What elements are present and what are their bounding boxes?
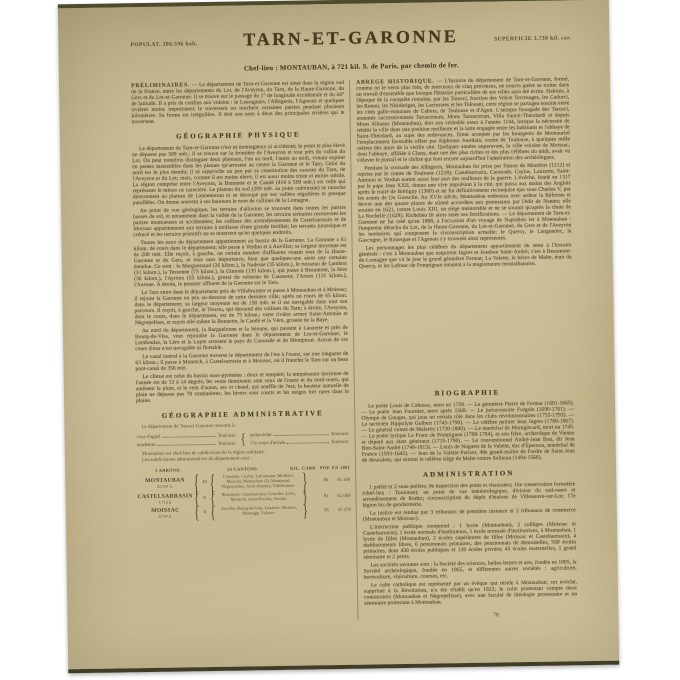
paragraph: Toutes les eaux du département appartien… [133, 237, 347, 288]
paragraph: Au point de vue géologique, les terrains… [133, 205, 346, 238]
geographie-physique-heading: GÉOGRAPHIE PHYSIQUE [132, 130, 345, 141]
dotted-leader [287, 438, 329, 444]
paragraph: Le culte catholique est représenté par u… [364, 579, 577, 606]
communes-list: Beaumont, Castelsarrasin, Grisolles, Lav… [216, 492, 301, 503]
two-column-body: PRÉLIMINAIRES. — Le département de Tarn-… [131, 76, 580, 624]
historique-paragraph: ABRÉGÉ HISTORIQUE. — L'histoire du dépar… [356, 76, 570, 163]
brace-glyph: } [302, 502, 308, 520]
jurisdiction-col: archevêchéToulouse. 17e corps d'arméeTou… [250, 430, 350, 448]
paragraph: La justice est rendue par 3 tribunaux de… [363, 507, 576, 522]
communes-list: Auvillar, Bourg-de-Visa, Lauzerte, Moiss… [217, 506, 302, 517]
table-row: CASTELSARRASIN7.714 h. { 8 { Beaumont, C… [137, 490, 350, 505]
col-pop: POP. EN 1891 [320, 465, 350, 470]
subdivisions-table: 3 ARROND. 24 CANTONS KIL. CARR. POP. EN … [137, 465, 351, 519]
paragraph: Le climat est celui du bassin sous-pyrén… [136, 371, 349, 404]
page-number: 78 [364, 611, 577, 620]
left-column: PRÉLIMINAIRES. — Le département de Tarn-… [131, 80, 352, 624]
pop-value: 95.169 [328, 478, 350, 483]
biographie-heading: BIOGRAPHIE [361, 387, 574, 398]
jurisdiction-value: Toulouse. [331, 440, 350, 446]
arrondissement-name: MOISSAC8.767 h. [138, 507, 193, 519]
brace-glyph: { [194, 503, 200, 521]
paragraph: Les personnages les plus célèbres du dép… [359, 242, 572, 269]
col-kil-pop: KIL. CARR. POP. EN 1891 [285, 465, 350, 471]
brace-glyph: { [210, 503, 216, 521]
paragraph: Le département de Tarn-et-Garonne n'est … [132, 143, 346, 206]
chef-lieu-line: Chef-lieu : MONTAUBAN, à 721 kil. S. de … [131, 60, 572, 74]
paragraph: Les sociétés savantes sont : la Société … [364, 559, 577, 580]
abrege-historique-block: ABRÉGÉ HISTORIQUE. — L'histoire du dépar… [356, 76, 574, 382]
jurisdiction-grid: cour d'appelToulouse. académieToulouse. … [137, 430, 350, 449]
biographie-text: Le poète Louis de Cahusac, mort en 1759.… [361, 400, 575, 463]
jurisdiction-label: 17e corps d'armée [250, 441, 285, 448]
paragraph: Au nord du département, la Barguelonne e… [135, 325, 348, 352]
arrondissement-pop: 25.591 h. [137, 484, 192, 490]
canton-count: 6 [201, 510, 209, 515]
table-row: MOISSAC8.767 h. { 6 { Auvillar, Bourg-de… [138, 504, 351, 519]
superficie-label: SUPERFICIE 3.730 kil. car. [494, 35, 571, 42]
preliminaires-paragraph: PRÉLIMINAIRES. — Le département de Tarn-… [131, 80, 345, 125]
jurisdiction-label: archevêché [250, 433, 272, 439]
communes-list: Caussade, Caylus, Lafrançaise, Molières,… [216, 474, 301, 490]
paragraph: Pendant la croisade des Albigeois, Monta… [357, 162, 571, 243]
page-header: POPULAT. 206.596 hab. TARN-ET-GARONNE SU… [130, 22, 571, 63]
col-arrond: 3 ARROND. [137, 468, 199, 474]
right-column: ABRÉGÉ HISTORIQUE. — L'histoire du dépar… [349, 76, 577, 620]
jurisdiction-col: cour d'appelToulouse. académieToulouse. [137, 431, 237, 449]
dotted-leader [274, 430, 329, 436]
geographie-administrative-heading: GÉOGRAPHIE ADMINISTRATIVE [136, 409, 349, 420]
kil-value: 81 [312, 494, 329, 499]
scanned-page: POPULAT. 206.596 hab. TARN-ET-GARONNE SU… [58, 0, 619, 673]
jurisdiction-value: Toulouse. [218, 433, 237, 439]
paragraph: Le Tarn entre dans le département près d… [134, 287, 348, 326]
arrondissement-name: CASTELSARRASIN7.714 h. [137, 493, 192, 505]
dotted-leader [157, 440, 216, 446]
paragraph: 1 préfet et 2 sous-préfets; 9e inspectio… [362, 481, 575, 508]
jurisdiction-value: Toulouse. [331, 432, 350, 438]
table-header: 3 ARROND. 24 CANTONS KIL. CARR. POP. EN … [137, 465, 350, 473]
arrondissement-pop: 8.767 h. [138, 513, 193, 519]
kil-value: 56 [312, 508, 329, 513]
administration-heading: ADMINISTRATION [362, 468, 575, 479]
canton-count: 8 [200, 496, 208, 501]
jurisdiction-label: académie [137, 443, 156, 449]
table-row: MONTAUBAN25.591 h. { 10 { Caussade, Cayl… [137, 473, 350, 491]
brace-glyph: { [240, 431, 246, 448]
canton-count: 10 [200, 480, 208, 485]
dotted-leader [162, 432, 216, 438]
arrondissement-name: MONTAUBAN25.591 h. [137, 478, 192, 490]
kil-value: 86 [312, 478, 329, 483]
paragraph: Le canal latéral à la Garonne traverse l… [135, 351, 348, 372]
jurisdiction-row: académieToulouse. [137, 439, 237, 449]
pop-value: 47.478 [329, 507, 351, 512]
historique-text: — L'histoire du département de Tarn-et-G… [356, 76, 570, 163]
jurisdiction-value: Toulouse. [218, 441, 237, 447]
paragraph: L'instruction publique comprend : 1 lycé… [363, 521, 577, 560]
pop-value: 61.069 [328, 493, 350, 498]
arrondissement-pop: 7.714 h. [138, 499, 193, 505]
jurisdiction-row: 17e corps d'arméeToulouse. [250, 438, 350, 448]
